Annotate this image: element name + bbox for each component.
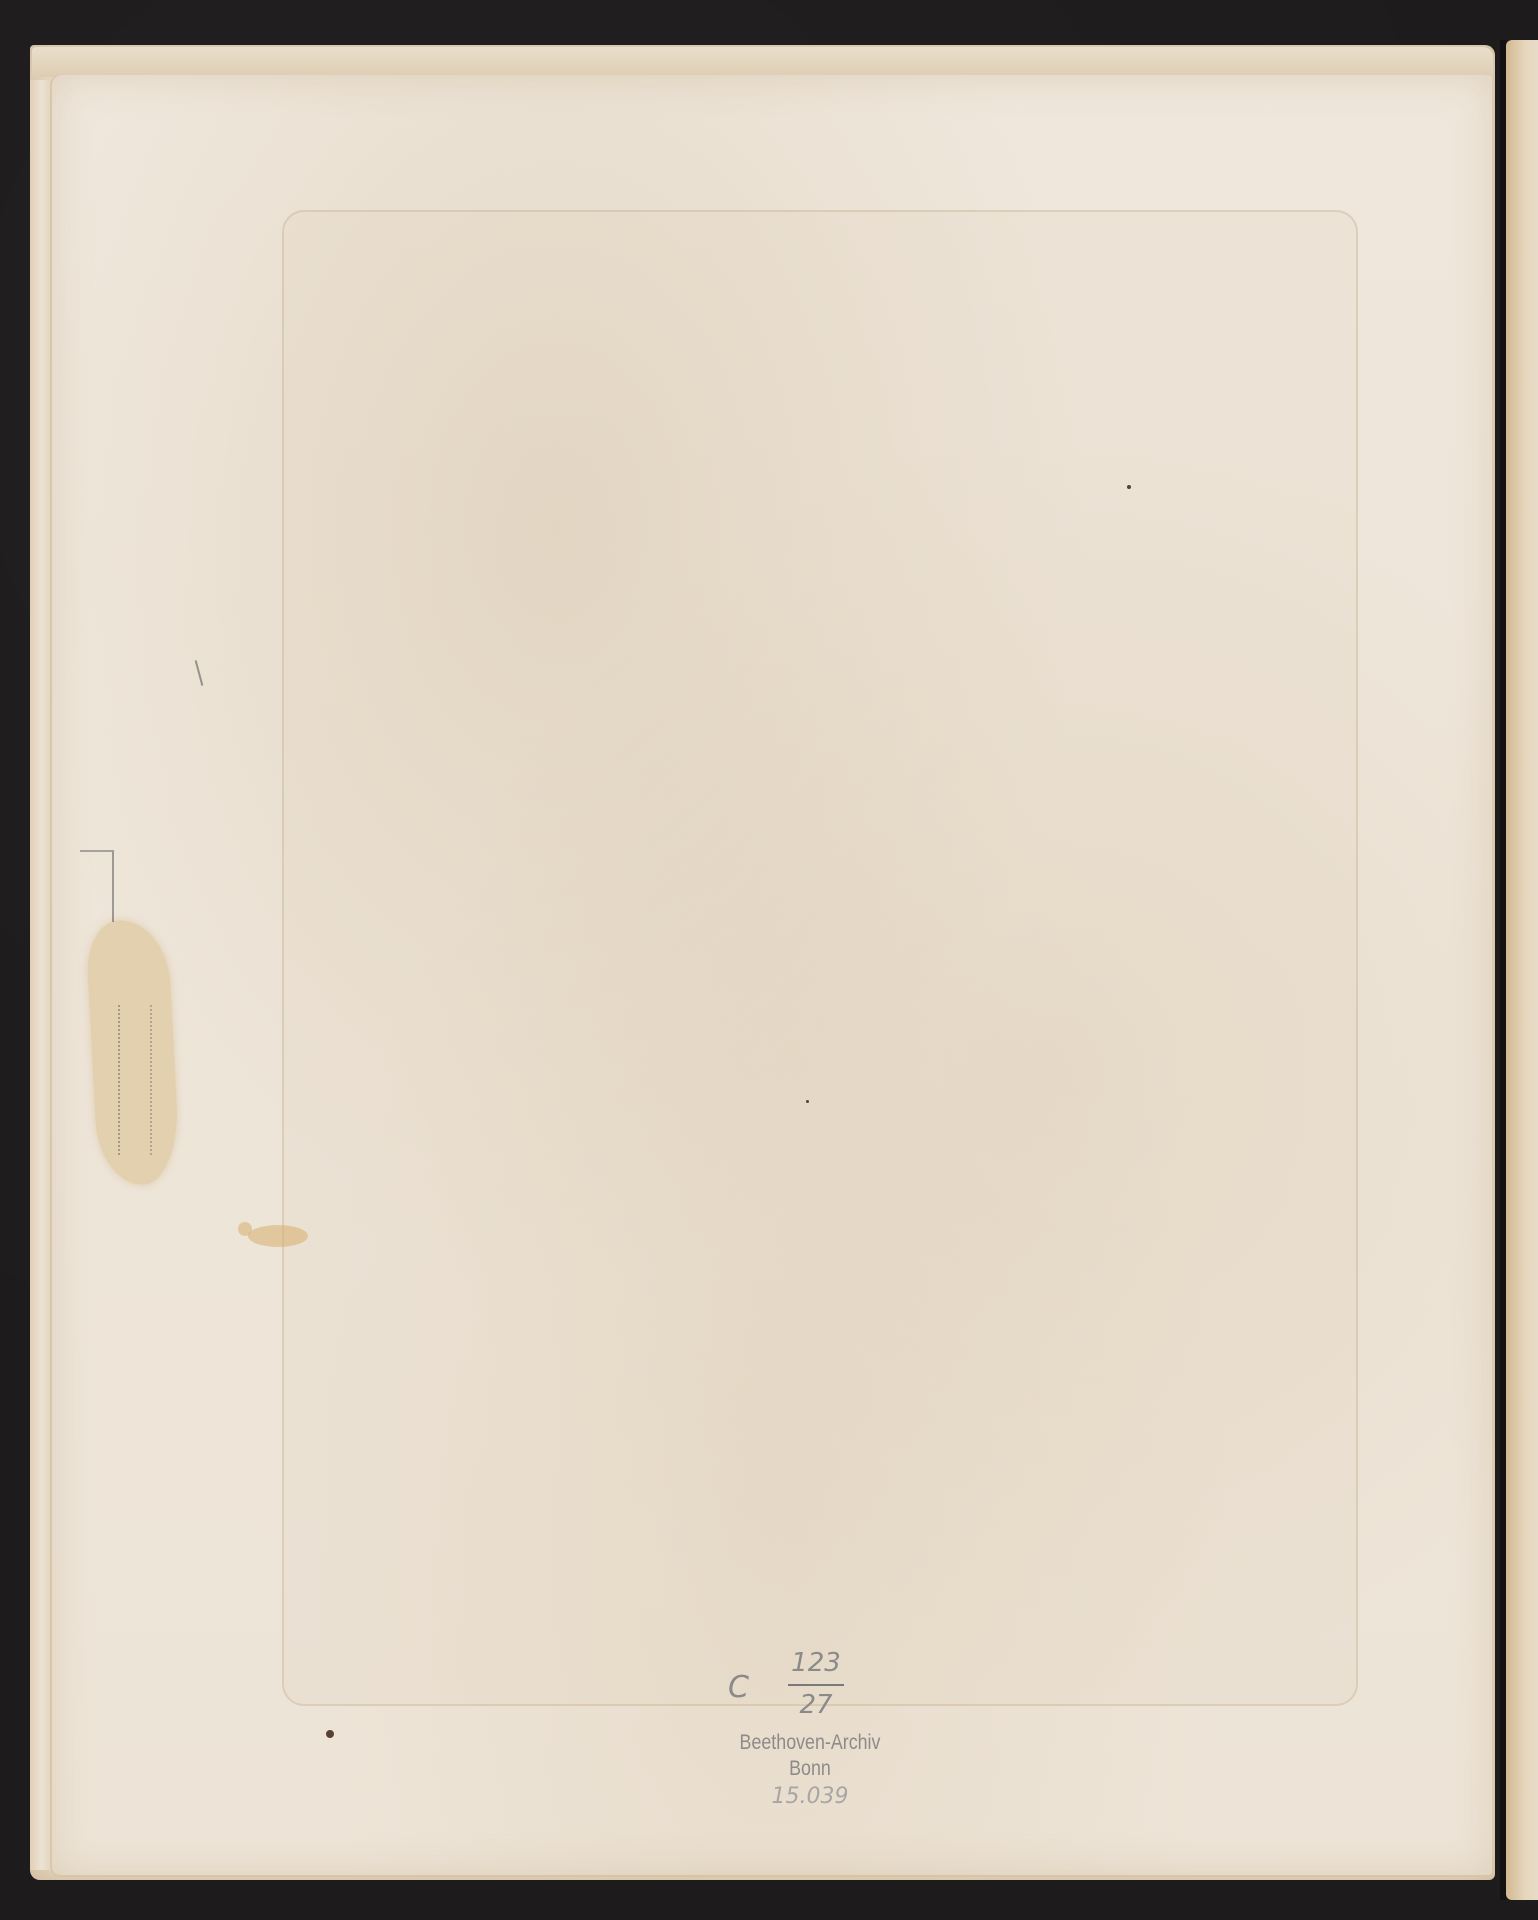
paper-stain: [238, 1222, 252, 1236]
paper-stain: [248, 1225, 308, 1247]
shelfmark-denominator: 27: [788, 1690, 844, 1720]
plate-mark: [282, 210, 1358, 1706]
shelfmark-numerator: 123: [788, 1648, 844, 1678]
ink-spot: [326, 1730, 334, 1738]
institution-name: Beethoven-Archiv: [717, 1730, 904, 1756]
adjacent-page-edge: [1506, 40, 1538, 1900]
institution-city: Bonn: [717, 1756, 904, 1782]
ink-spot: [1127, 485, 1131, 489]
ink-spot: [806, 1100, 809, 1103]
inventory-number: 15.039: [700, 1784, 920, 1809]
pencil-bracket-mark: [80, 850, 114, 922]
shelfmark: C 123 27: [700, 1648, 920, 1730]
archive-stamp: C 123 27 Beethoven-Archiv Bonn 15.039: [700, 1648, 920, 1809]
illegible-label-text: [118, 1005, 152, 1155]
binding-strip: [30, 80, 52, 1870]
shelfmark-prefix: C: [728, 1670, 749, 1705]
fraction-bar: [788, 1684, 844, 1686]
